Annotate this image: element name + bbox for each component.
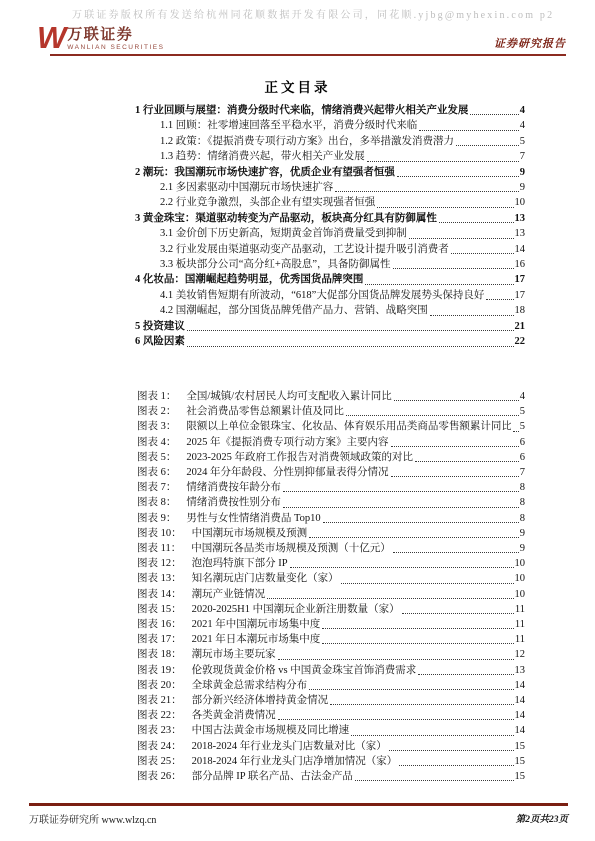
figure-entry[interactable]: 图表 5：2023-2025 年政府工作报告对消费领域政策的对比6 (137, 450, 525, 465)
toc-entry-page-number: 4 (520, 103, 525, 118)
toc-entry[interactable]: 3.1 金价创下历史新高，短期黄金首饰消费量受到抑制13 (135, 226, 525, 241)
figure-entry-page-number: 5 (520, 404, 525, 419)
toc-entry-label: 1 行业回顾与展望：消费分级时代来临，情绪消费兴起带火相关产业发展 (135, 103, 468, 118)
dot-leader (322, 643, 514, 644)
figure-entry[interactable]: 图表 1：全国/城镇/农村居民人均可支配收入累计同比4 (137, 389, 525, 404)
figure-entry[interactable]: 图表 2：社会消费品零售总额累计值及同比5 (137, 404, 525, 419)
toc-entry[interactable]: 3 黄金珠宝：渠道驱动转变为产品驱动，板块高分红具有防御属性13 (135, 211, 525, 226)
toc-entry-label: 5 投资建议 (135, 319, 185, 334)
toc-entry-label: 2.2 行业竞争激烈，头部企业有望实现强者恒强 (160, 195, 375, 210)
copyright-watermark: 万联证券版权所有发送给杭州同花顺数据开发有限公司，同花顺.yjbg@myhexi… (72, 6, 593, 21)
figure-entry-label: 图表 7：情绪消费按年龄分布 (137, 480, 281, 495)
toc-entry[interactable]: 2.2 行业竞争激烈，头部企业有望实现强者恒强10 (135, 195, 525, 210)
figure-entry-label: 图表 21：部分新兴经济体增持黄金情况 (137, 693, 328, 708)
figure-entry[interactable]: 图表 3：限额以上单位金银珠宝、化妆品、体育娱乐用品类商品零售额累计同比5 (137, 419, 525, 434)
figure-entry[interactable]: 图表 10：中国潮玩市场规模及预测9 (137, 526, 525, 541)
dot-leader (283, 507, 519, 508)
dot-leader (187, 346, 514, 347)
dot-leader (341, 583, 514, 584)
figure-entry-page-number: 14 (515, 678, 526, 693)
figure-entry-label: 图表 10：中国潮玩市场规模及预测 (137, 526, 307, 541)
dot-leader (187, 330, 514, 331)
figure-entry-label: 图表 24：2018-2024 年行业龙头门店数量对比（家） (137, 739, 387, 754)
figure-entry-label: 图表 19：伦敦现货黄金价格 vs 中国黄金珠宝首饰消费需求 (137, 663, 416, 678)
dot-leader (309, 537, 519, 538)
toc-entry[interactable]: 2 潮玩：我国潮玩市场快速扩容，优质企业有望强者恒强9 (135, 165, 525, 180)
toc-entry-label: 6 风险因素 (135, 334, 185, 349)
figure-entry-label: 图表 11：中国潮玩各品类市场规模及预测（十亿元） (137, 541, 391, 556)
toc-entry-label: 2.1 多因素驱动中国潮玩市场快速扩容 (160, 180, 333, 195)
footer-page-number: 第2页共23页 (516, 811, 568, 826)
figure-entry-page-number: 11 (515, 617, 525, 632)
dot-leader (451, 253, 514, 254)
toc-entry-page-number: 14 (515, 242, 526, 257)
figure-entry-page-number: 10 (515, 587, 526, 602)
dot-leader (346, 415, 519, 416)
figure-entry-page-number: 10 (515, 556, 526, 571)
figure-entry-label: 图表 1：全国/城镇/农村居民人均可支配收入累计同比 (137, 389, 392, 404)
figure-entry-label: 图表 5：2023-2025 年政府工作报告对消费领域政策的对比 (137, 450, 413, 465)
figure-entry-label: 图表 25：2018-2024 年行业龙头门店净增加情况（家） (137, 754, 397, 769)
figure-entry[interactable]: 图表 26：部分品牌 IP 联名产品、古法金产品15 (137, 769, 525, 784)
toc-title: 正文目录 (0, 76, 595, 96)
dot-leader (418, 674, 513, 675)
figure-entry-page-number: 11 (515, 602, 525, 617)
figure-entry-label: 图表 2：社会消费品零售总额累计值及同比 (137, 404, 344, 419)
toc-entry[interactable]: 4 化妆品：国潮崛起趋势明显，优秀国货品牌突围17 (135, 272, 525, 287)
figure-entry[interactable]: 图表 16：2021 年中国潮玩市场集中度11 (137, 617, 525, 632)
dot-leader (377, 207, 513, 208)
dot-leader (402, 613, 514, 614)
figure-entry-label: 图表 12：泡泡玛特旗下部分 IP (137, 556, 288, 571)
toc-section-list: 1 行业回顾与展望：消费分级时代来临，情绪消费兴起带火相关产业发展41.1 回顾… (135, 103, 525, 350)
dot-leader (391, 446, 519, 447)
logo-text: 万联证券 WANLIAN SECURITIES (67, 25, 164, 52)
figure-entry-page-number: 7 (520, 465, 525, 480)
toc-entry-label: 4.2 国潮崛起，部分国货品牌凭借产品力、营销、战略突围 (160, 303, 428, 318)
toc-entry[interactable]: 1 行业回顾与展望：消费分级时代来临，情绪消费兴起带火相关产业发展4 (135, 103, 525, 118)
toc-entry[interactable]: 1.2 政策：《提振消费专项行动方案》出台，多举措激发消费潜力5 (135, 134, 525, 149)
toc-entry[interactable]: 5 投资建议21 (135, 319, 525, 334)
toc-entry-page-number: 17 (515, 288, 526, 303)
toc-entry-label: 3.2 行业发展由渠道驱动变产品驱动，工艺设计提升吸引消费者 (160, 242, 449, 257)
figure-entry-page-number: 9 (520, 526, 525, 541)
toc-entry-page-number: 5 (520, 134, 525, 149)
dot-leader (456, 145, 519, 146)
figure-entry-page-number: 13 (515, 663, 526, 678)
figure-entry[interactable]: 图表 8：情绪消费按性别分布8 (137, 495, 525, 510)
figure-entry[interactable]: 图表 12：泡泡玛特旗下部分 IP10 (137, 556, 525, 571)
figure-entry-page-number: 5 (520, 419, 525, 434)
toc-entry-page-number: 10 (515, 195, 526, 210)
figure-entry-page-number: 14 (515, 723, 526, 738)
figure-entry[interactable]: 图表 9：男性与女性情绪消费品 Top108 (137, 511, 525, 526)
dot-leader (278, 659, 514, 660)
toc-entry-label: 3 黄金珠宝：渠道驱动转变为产品驱动，板块高分红具有防御属性 (135, 211, 437, 226)
dot-leader (394, 400, 519, 401)
figure-entry-page-number: 14 (515, 693, 526, 708)
dot-leader (278, 719, 514, 720)
page-footer: 万联证券研究所 www.wlzq.cn 第2页共23页 (29, 803, 568, 826)
toc-entry-page-number: 9 (520, 165, 525, 180)
dot-leader (409, 238, 514, 239)
figure-entry-label: 图表 16：2021 年中国潮玩市场集中度 (137, 617, 320, 632)
figure-entry-page-number: 8 (520, 495, 525, 510)
toc-entry-label: 1.2 政策：《提振消费专项行动方案》出台，多举措激发消费潜力 (160, 134, 454, 149)
figure-entry[interactable]: 图表 24：2018-2024 年行业龙头门店数量对比（家）15 (137, 739, 525, 754)
dot-leader (419, 130, 519, 131)
figure-entry-page-number: 15 (515, 769, 526, 784)
figure-entry[interactable]: 图表 14：潮玩产业链情况10 (137, 587, 525, 602)
toc-entry[interactable]: 4.2 国潮崛起，部分国货品牌凭借产品力、营销、战略突围18 (135, 303, 525, 318)
figure-entry[interactable]: 图表 18：潮玩市场主要玩家12 (137, 647, 525, 662)
figure-entry-page-number: 6 (520, 450, 525, 465)
figure-entry-label: 图表 18：潮玩市场主要玩家 (137, 647, 276, 662)
toc-entry[interactable]: 1.3 趋势：情绪消费兴起，带火相关产业发展7 (135, 149, 525, 164)
figure-list: 图表 1：全国/城镇/农村居民人均可支配收入累计同比4图表 2：社会消费品零售总… (137, 389, 525, 784)
figure-entry[interactable]: 图表 25：2018-2024 年行业龙头门店净增加情况（家）15 (137, 754, 525, 769)
toc-entry-page-number: 16 (515, 257, 526, 272)
toc-entry-page-number: 9 (520, 180, 525, 195)
dot-leader (393, 268, 514, 269)
figure-entry-page-number: 8 (520, 511, 525, 526)
toc-entry[interactable]: 3.2 行业发展由渠道驱动变产品驱动，工艺设计提升吸引消费者14 (135, 242, 525, 257)
toc-entry-page-number: 17 (515, 272, 526, 287)
dot-leader (470, 114, 518, 115)
dot-leader (393, 552, 519, 553)
dot-leader (486, 299, 513, 300)
figure-entry[interactable]: 图表 23：中国古法黄金市场规模及同比增速14 (137, 723, 525, 738)
figure-entry[interactable]: 图表 17：2021 年日本潮玩市场集中度11 (137, 632, 525, 647)
dot-leader (323, 522, 519, 523)
figure-entry[interactable]: 图表 6：2024 年分年龄段、分性别抑郁量表得分情况7 (137, 465, 525, 480)
figure-entry-label: 图表 26：部分品牌 IP 联名产品、古法金产品 (137, 769, 353, 784)
figure-entry[interactable]: 图表 11：中国潮玩各品类市场规模及预测（十亿元）9 (137, 541, 525, 556)
report-type-label: 证券研究报告 (494, 35, 566, 52)
figure-entry-label: 图表 23：中国古法黄金市场规模及同比增速 (137, 723, 349, 738)
figure-entry-page-number: 15 (515, 739, 526, 754)
toc-entry-page-number: 7 (520, 149, 525, 164)
toc-entry-label: 2 潮玩：我国潮玩市场快速扩容，优质企业有望强者恒强 (135, 165, 395, 180)
dot-leader (267, 598, 513, 599)
dot-leader (351, 735, 513, 736)
figure-entry[interactable]: 图表 4：2025 年《提振消费专项行动方案》主要内容6 (137, 435, 525, 450)
dot-leader (439, 222, 514, 223)
figure-entry[interactable]: 图表 7：情绪消费按年龄分布8 (137, 480, 525, 495)
figure-entry-label: 图表 15：2020-2025H1 中国潮玩企业新注册数量（家） (137, 602, 400, 617)
figure-entry-page-number: 12 (515, 647, 526, 662)
figure-entry-page-number: 11 (515, 632, 525, 647)
figure-entry-page-number: 14 (515, 708, 526, 723)
figure-entry-page-number: 9 (520, 541, 525, 556)
dot-leader (513, 431, 519, 432)
toc-entry-label: 3.1 金价创下历史新高，短期黄金首饰消费量受到抑制 (160, 226, 407, 241)
dot-leader (365, 284, 513, 285)
figure-entry-label: 图表 9：男性与女性情绪消费品 Top10 (137, 511, 321, 526)
toc-entry-page-number: 21 (515, 319, 526, 334)
figure-entry[interactable]: 图表 15：2020-2025H1 中国潮玩企业新注册数量（家）11 (137, 602, 525, 617)
figure-entry[interactable]: 图表 13：知名潮玩店门店数量变化（家）10 (137, 571, 525, 586)
figure-entry-page-number: 4 (520, 389, 525, 404)
figure-entry-page-number: 15 (515, 754, 526, 769)
figure-entry-label: 图表 4：2025 年《提振消费专项行动方案》主要内容 (137, 435, 389, 450)
logo-name-cn: 万联证券 (67, 27, 164, 43)
figure-entry[interactable]: 图表 19：伦敦现货黄金价格 vs 中国黄金珠宝首饰消费需求13 (137, 663, 525, 678)
dot-leader (397, 176, 519, 177)
report-page: 万联证券版权所有发送给杭州同花顺数据开发有限公司，同花顺.yjbg@myhexi… (0, 0, 595, 841)
dot-leader (283, 491, 519, 492)
dot-leader (309, 689, 513, 690)
figure-entry-page-number: 10 (515, 571, 526, 586)
dot-leader (399, 765, 513, 766)
wanlian-securities-logo: W 万联证券 WANLIAN SECURITIES (37, 25, 164, 52)
page-header: W 万联证券 WANLIAN SECURITIES 证券研究报告 (50, 24, 566, 56)
toc-entry-label: 1.1 回顾：社零增速回落至平稳水平，消费分级时代来临 (160, 118, 417, 133)
toc-entry[interactable]: 4.1 美妆销售短期有所波动，“618”大促部分国货品牌发展势头保持良好17 (135, 288, 525, 303)
toc-entry-page-number: 13 (515, 211, 526, 226)
figure-entry-page-number: 8 (520, 480, 525, 495)
figure-entry-label: 图表 8：情绪消费按性别分布 (137, 495, 281, 510)
toc-entry-page-number: 18 (515, 303, 526, 318)
dot-leader (415, 461, 519, 462)
dot-leader (430, 315, 514, 316)
figure-entry-label: 图表 6：2024 年分年龄段、分性别抑郁量表得分情况 (137, 465, 389, 480)
logo-w-icon: W (37, 25, 64, 51)
toc-entry-label: 4.1 美妆销售短期有所波动，“618”大促部分国货品牌发展势头保持良好 (160, 288, 484, 303)
footer-institute-url: 万联证券研究所 www.wlzq.cn (29, 811, 156, 826)
toc-entry-page-number: 4 (520, 118, 525, 133)
figure-entry-label: 图表 22：各类黄金消费情况 (137, 708, 276, 723)
dot-leader (389, 750, 514, 751)
dot-leader (335, 191, 519, 192)
figure-entry-label: 图表 13：知名潮玩店门店数量变化（家） (137, 571, 339, 586)
figure-entry-page-number: 6 (520, 435, 525, 450)
toc-entry-label: 3.3 板块部分公司“高分红+高股息”，具备防御属性 (160, 257, 391, 272)
dot-leader (391, 476, 519, 477)
figure-entry-label: 图表 20：全球黄金总需求结构分布 (137, 678, 307, 693)
figure-entry-label: 图表 17：2021 年日本潮玩市场集中度 (137, 632, 320, 647)
dot-leader (290, 567, 514, 568)
footer-divider (29, 803, 568, 806)
logo-name-en: WANLIAN SECURITIES (67, 43, 164, 52)
dot-leader (367, 161, 519, 162)
toc-entry[interactable]: 6 风险因素22 (135, 334, 525, 349)
toc-entry-page-number: 22 (515, 334, 526, 349)
toc-entry-label: 1.3 趋势：情绪消费兴起，带火相关产业发展 (160, 149, 365, 164)
figure-entry-label: 图表 14：潮玩产业链情况 (137, 587, 265, 602)
toc-entry[interactable]: 2.1 多因素驱动中国潮玩市场快速扩容9 (135, 180, 525, 195)
figure-entry-label: 图表 3：限额以上单位金银珠宝、化妆品、体育娱乐用品类商品零售额累计同比 (137, 419, 511, 434)
figure-entry[interactable]: 图表 21：部分新兴经济体增持黄金情况14 (137, 693, 525, 708)
toc-entry[interactable]: 3.3 板块部分公司“高分红+高股息”，具备防御属性16 (135, 257, 525, 272)
toc-entry-page-number: 13 (515, 226, 526, 241)
toc-entry-label: 4 化妆品：国潮崛起趋势明显，优秀国货品牌突围 (135, 272, 363, 287)
toc-entry[interactable]: 1.1 回顾：社零增速回落至平稳水平，消费分级时代来临4 (135, 118, 525, 133)
dot-leader (322, 628, 514, 629)
figure-entry[interactable]: 图表 22：各类黄金消费情况14 (137, 708, 525, 723)
dot-leader (355, 780, 514, 781)
figure-entry[interactable]: 图表 20：全球黄金总需求结构分布14 (137, 678, 525, 693)
dot-leader (330, 704, 513, 705)
